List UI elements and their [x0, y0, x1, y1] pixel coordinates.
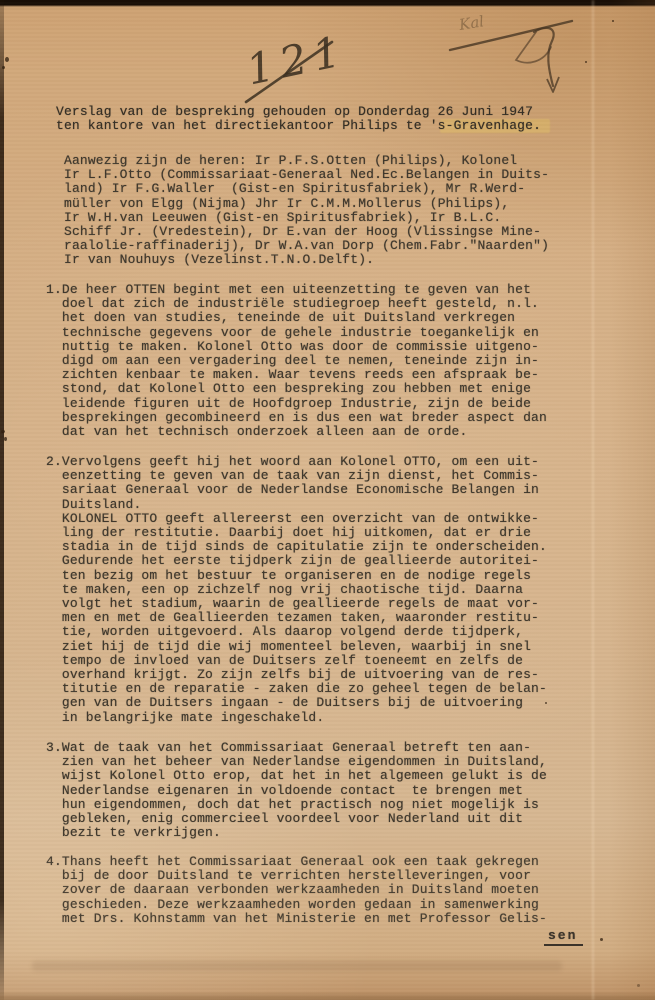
scan-edge-left	[0, 0, 4, 1000]
paper-speck	[5, 57, 9, 62]
paper-speck	[4, 437, 7, 441]
paper-speck	[637, 984, 640, 987]
paragraph-4: 4.Thans heeft het Commissariaat Generaal…	[46, 855, 606, 926]
paragraph-2: 2.Vervolgens geeft hij het woord aan Kol…	[46, 455, 606, 725]
scanned-document-page: Verslag van de bespreking gehouden op Do…	[0, 0, 655, 1000]
svg-text:121: 121	[242, 26, 351, 95]
pencil-scribble-mark: Kal	[450, 12, 572, 92]
paper-speck	[600, 938, 603, 941]
scan-edge-bottom	[0, 991, 655, 1000]
paper-speck	[1, 430, 5, 433]
document-title: Verslag van de bespreking gehouden op Do…	[56, 105, 616, 133]
ink-smudge	[32, 961, 562, 971]
handwritten-underline-slash	[246, 42, 332, 102]
paragraph-3: 3.Wat de taak van het Commissariaat Gene…	[46, 741, 606, 840]
paper-speck	[2, 66, 5, 69]
paper-shading	[609, 0, 655, 1000]
handwritten-page-number: 121	[242, 26, 351, 95]
paragraph-1: 1.De heer OTTEN begint met een uiteenzet…	[46, 283, 606, 439]
paper-speck	[612, 20, 614, 22]
paper-speck	[585, 61, 587, 63]
catchword-sen: sen	[544, 928, 583, 946]
attendees-paragraph: Aanwezig zijn de heren: Ir P.F.S.Otten (…	[64, 154, 624, 268]
scan-edge-top	[0, 0, 655, 7]
svg-text:Kal: Kal	[457, 12, 486, 34]
